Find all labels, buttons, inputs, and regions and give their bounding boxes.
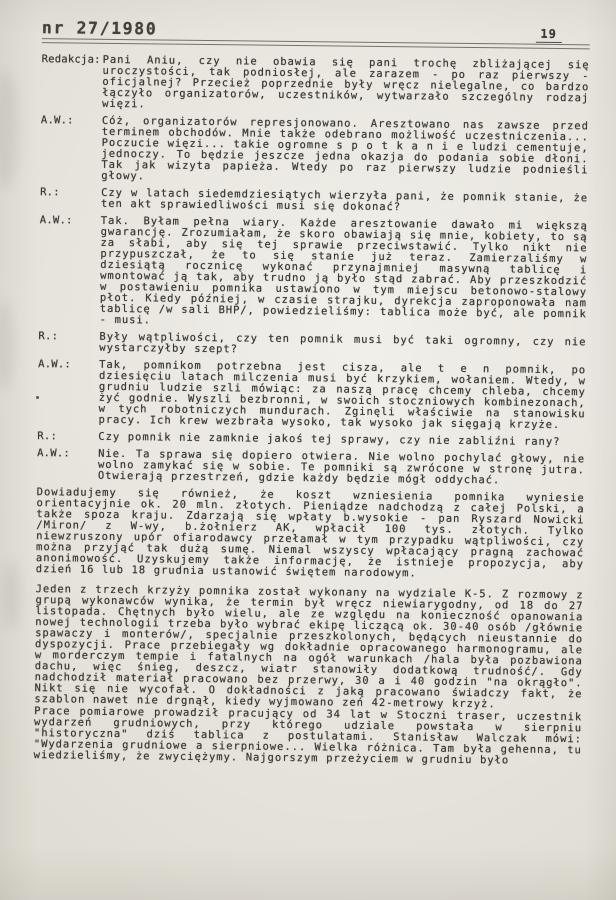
utterance-text: Czy w latach siedemdziesiątych wierzyła … [101,187,588,215]
dialogue-item: A.W.:Tak. Byłam pełna wiary. Każde aresz… [39,215,588,331]
dialogue-item: A.W.:Cóż, organizatorów represjonowano. … [40,115,589,187]
dialogue-item: Redakcja:Pani Aniu, czy nie obawia się p… [41,54,590,115]
utterance-text: Nie. Ta sprawa się dopiero otwiera. Nie … [98,448,585,487]
typewritten-page: nr 27/1980 19 Redakcja:Pani Aniu, czy ni… [0,0,616,776]
body-paragraph: Prace pomiarowe prowadził pracujący od 3… [34,706,583,767]
speaker-label: R.: [37,431,98,443]
dialogue-item: R.:Czy w latach siedemdziesiątych wierzy… [40,187,588,215]
dialogue-item: R.:Były wątpliwości, czy ten pomnik musi… [38,331,586,359]
utterance-text: Cóż, organizatorów represjonowano. Aresz… [101,115,589,187]
speaker-label: R.: [40,187,101,210]
ink-speck [36,396,39,399]
speaker-label: A.W.: [39,215,101,326]
utterance-text: Tak, pomnikom potrzebna jest cisza, ale … [98,359,586,431]
speaker-label: A.W.: [40,115,102,182]
body-paragraph: Jeden z trzech krzyży pomnika został wyk… [34,584,583,711]
dialogue-item: R.:Czy pomnik nie zamknie jakoś tej spra… [37,431,585,448]
dialogue-item: A.W.:Tak, pomnikom potrzebna jest cisza,… [37,359,586,431]
paragraph-list: Dowiadujemy się również, że koszt wznies… [34,487,585,767]
speaker-label: A.W.: [37,448,98,482]
body-paragraph: Dowiadujemy się również, że koszt wznies… [36,487,585,581]
utterance-text: Tak. Byłam pełna wiary. Każde aresztowan… [100,215,588,331]
dialogue-list: Redakcja:Pani Aniu, czy nie obawia się p… [37,54,590,487]
speaker-label: Redakcja: [41,54,103,110]
utterance-text: Czy pomnik nie zamknie jakoś tej sprawy,… [98,431,585,448]
dialogue-item: A.W.:Nie. Ta sprawa się dopiero otwiera.… [37,448,585,487]
page-number: 19 [535,27,562,43]
issue-number: nr 27/1980 [42,18,158,38]
utterance-text: Były wątpliwości, czy ten pomnik musi by… [99,331,586,359]
speaker-label: A.W.: [37,359,99,426]
utterance-text: Pani Aniu, czy nie obawia się pani troch… [102,54,590,115]
speaker-label: R.: [38,331,99,354]
